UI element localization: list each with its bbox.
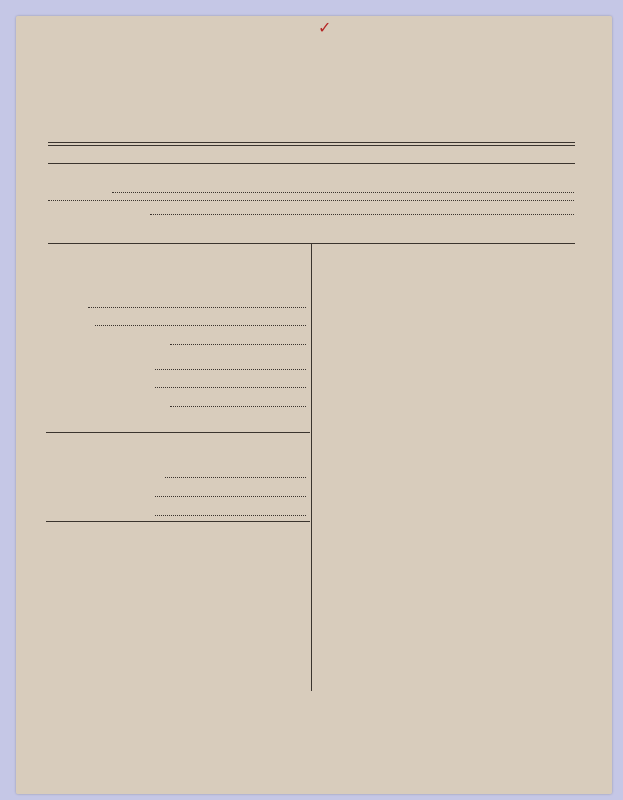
header-rule <box>48 142 575 143</box>
membership-rule <box>46 432 310 433</box>
instruction-rule <box>48 163 575 164</box>
header-rule-2 <box>48 145 575 146</box>
column-divider <box>311 243 312 691</box>
buildings-rule <box>46 521 310 522</box>
check-mark-icon: ✓ <box>318 18 331 38</box>
census-schedule-page <box>16 16 612 794</box>
